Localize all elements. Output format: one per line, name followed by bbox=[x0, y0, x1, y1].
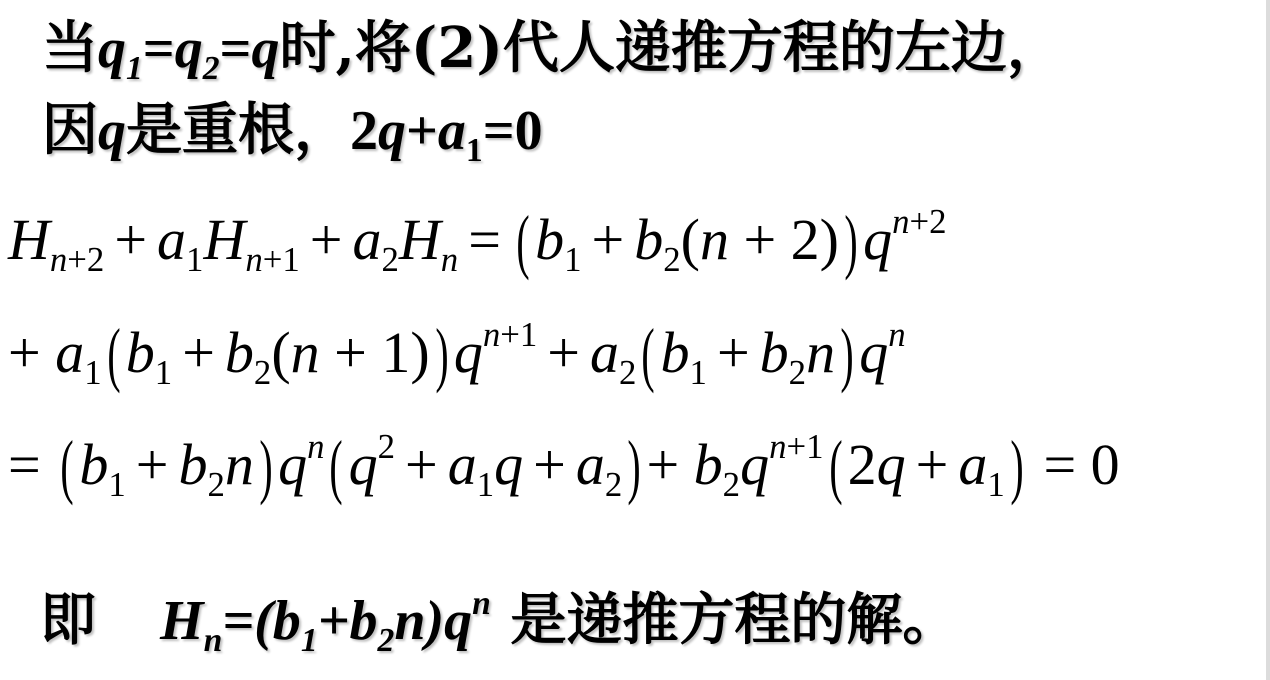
text-substitute: 时,将(2)代人递推方程的左边， bbox=[279, 15, 1062, 81]
equation-line-1: Hn+2+a1Hn+1+a2Hn=(b1+b2(n + 2))qn+2 bbox=[8, 200, 947, 281]
text-double-root: 是重根， bbox=[126, 97, 350, 163]
text-thus: 即 bbox=[40, 587, 96, 653]
equation-line-3: = (b1+b2n)qn(q2+a1q+a2)+ b2qn+1(2q+a1) =… bbox=[8, 425, 1120, 506]
math-q2: q2 bbox=[175, 18, 220, 80]
conclusion-line: 即Hn=(b1+b2n)qn 是递推方程的解。 bbox=[40, 580, 958, 661]
text-when: 当 bbox=[42, 15, 98, 81]
scrollbar-edge bbox=[1266, 0, 1270, 680]
equation-line-2: + a1(b1+b2(n + 1))qn+1+a2(b1+b2n)qn bbox=[8, 313, 906, 394]
statement-line-2: 因q是重根，2q+a1=0 bbox=[42, 94, 543, 167]
math-q: q bbox=[251, 18, 279, 80]
math-2q-plus-a1: 2q+a1=0 bbox=[350, 100, 543, 162]
text-because: 因 bbox=[42, 97, 98, 163]
statement-line-1: 当q1=q2=q时,将(2)代人递推方程的左边， bbox=[42, 12, 1063, 85]
text-is-solution: 是递推方程的解。 bbox=[510, 587, 958, 653]
math-q: q bbox=[98, 100, 126, 162]
slide: 当q1=q2=q时,将(2)代人递推方程的左边， 因q是重根，2q+a1=0 H… bbox=[0, 0, 1266, 680]
math-q1: q1 bbox=[98, 18, 143, 80]
math-solution-formula: Hn=(b1+b2n)qn bbox=[160, 590, 491, 652]
